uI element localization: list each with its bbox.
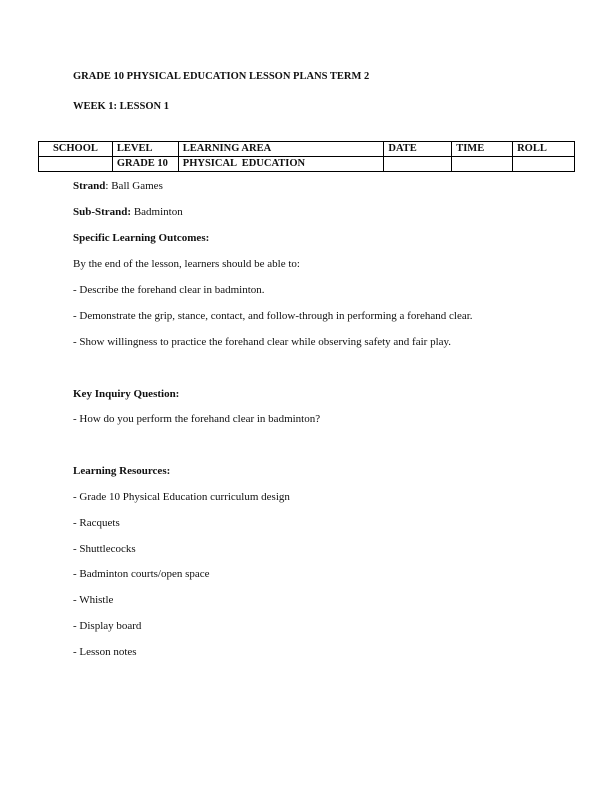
header-level: LEVEL	[112, 142, 178, 157]
sub-strand-label: Sub-Strand:	[73, 206, 131, 218]
header-learning-area: LEARNING AREA	[178, 142, 384, 157]
outcomes-intro: By the end of the lesson, learners shoul…	[73, 258, 300, 270]
resource-item: - Display board	[73, 620, 141, 632]
resource-item: - Racquets	[73, 517, 120, 529]
outcome-item: - Demonstrate the grip, stance, contact,…	[73, 310, 473, 322]
table-row: GRADE 10 PHYSICAL EDUCATION	[39, 157, 575, 172]
week-lesson-heading: WEEK 1: LESSON 1	[73, 101, 169, 112]
cell-date	[384, 157, 452, 172]
resource-item: - Badminton courts/open space	[73, 568, 210, 580]
strand-line: Strand: Ball Games	[73, 180, 163, 192]
outcomes-heading: Specific Learning Outcomes:	[73, 232, 209, 244]
inquiry-heading: Key Inquiry Question:	[73, 388, 179, 400]
cell-school	[39, 157, 113, 172]
strand-label: Strand	[73, 180, 105, 192]
header-roll: ROLL	[513, 142, 575, 157]
outcome-item: - Show willingness to practice the foreh…	[73, 336, 451, 348]
lesson-info-table: SCHOOL LEVEL LEARNING AREA DATE TIME ROL…	[38, 141, 575, 172]
header-time: TIME	[452, 142, 513, 157]
cell-time	[452, 157, 513, 172]
resource-item: - Grade 10 Physical Education curriculum…	[73, 491, 290, 503]
sub-strand-line: Sub-Strand: Badminton	[73, 206, 183, 218]
cell-level: GRADE 10	[112, 157, 178, 172]
document-title: GRADE 10 PHYSICAL EDUCATION LESSON PLANS…	[73, 71, 369, 82]
sub-strand-value: Badminton	[131, 206, 183, 218]
inquiry-item: - How do you perform the forehand clear …	[73, 413, 320, 425]
resource-item: - Lesson notes	[73, 646, 137, 658]
cell-learning-area: PHYSICAL EDUCATION	[178, 157, 384, 172]
outcome-item: - Describe the forehand clear in badmint…	[73, 284, 265, 296]
resources-heading: Learning Resources:	[73, 465, 170, 477]
header-date: DATE	[384, 142, 452, 157]
table-header-row: SCHOOL LEVEL LEARNING AREA DATE TIME ROL…	[39, 142, 575, 157]
resource-item: - Whistle	[73, 594, 113, 606]
header-school: SCHOOL	[39, 142, 113, 157]
cell-roll	[513, 157, 575, 172]
strand-value: Ball Games	[111, 180, 163, 192]
resource-item: - Shuttlecocks	[73, 543, 136, 555]
